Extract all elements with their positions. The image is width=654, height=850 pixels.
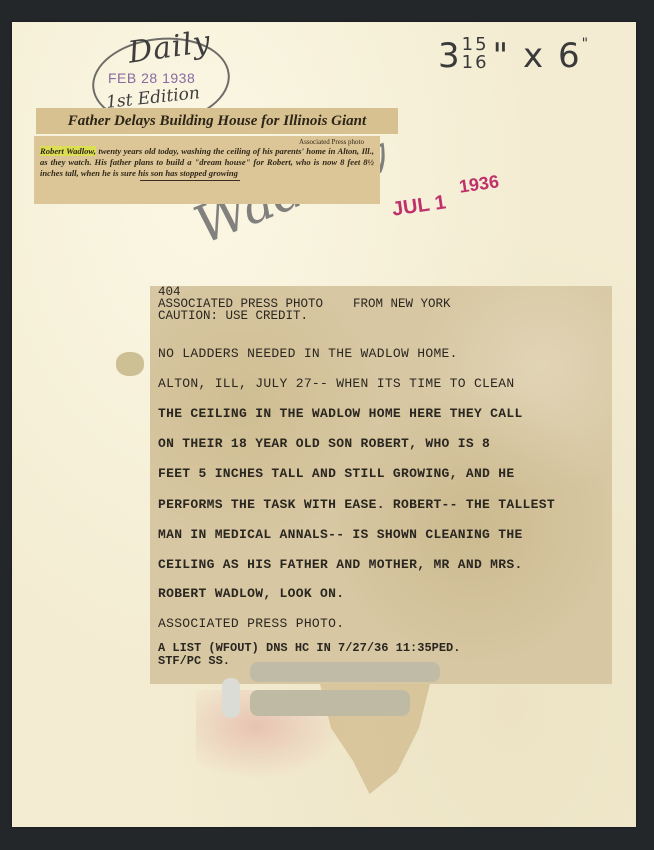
white-residue: [222, 678, 240, 718]
clipping-caption: Associated Press photo Robert Wadlow, tw…: [34, 136, 380, 204]
size-second: 6: [558, 36, 582, 76]
wire-caption-line: ON THEIR 18 YEAR OLD SON ROBERT, WHO IS …: [158, 436, 490, 451]
wire-caption-line: CEILING AS HIS FATHER AND MOTHER, MR AND…: [158, 557, 523, 572]
wire-caption-line: ALTON, ILL, JULY 27-- WHEN ITS TIME TO C…: [158, 376, 514, 391]
clipping-credit: Associated Press photo: [40, 138, 364, 146]
redacted-block: [250, 690, 410, 716]
wire-caption-line: ASSOCIATED PRESS PHOTO.: [158, 616, 344, 631]
wire-caption-header: 404 ASSOCIATED PRESS PHOTO FROM NEW YORK…: [158, 286, 451, 322]
size-fraction: 1516: [462, 36, 489, 72]
size-whole: 3: [438, 36, 462, 76]
wire-caption-line: FEET 5 INCHES TALL AND STILL GROWING, AN…: [158, 466, 514, 481]
redacted-block: [250, 662, 440, 682]
clipping-headline: Father Delays Building House for Illinoi…: [36, 108, 398, 134]
clipping-caption-text: Robert Wadlow, twenty years old today, w…: [40, 146, 374, 179]
clipping-rule: [140, 180, 240, 181]
wire-caption-line: PERFORMS THE TASK WITH EASE. ROBERT-- TH…: [158, 497, 555, 512]
size-times: x: [523, 36, 545, 76]
handwritten-size-note: 31516" x 6": [438, 36, 590, 76]
wire-caption-slip: 404 ASSOCIATED PRESS PHOTO FROM NEW YORK…: [150, 286, 612, 684]
wire-caption-line: MAN IN MEDICAL ANNALS-- IS SHOWN CLEANIN…: [158, 527, 523, 542]
highlighted-name: Robert Wadlow,: [40, 146, 96, 156]
wire-caption-line: THE CEILING IN THE WADLOW HOME HERE THEY…: [158, 406, 523, 421]
date-stamp: FEB 28 1938: [108, 70, 195, 86]
wire-caption-line: ROBERT WADLOW, LOOK ON.: [158, 586, 344, 601]
water-stain: [116, 352, 144, 376]
wire-caption-line: NO LADDERS NEEDED IN THE WADLOW HOME.: [158, 346, 458, 361]
